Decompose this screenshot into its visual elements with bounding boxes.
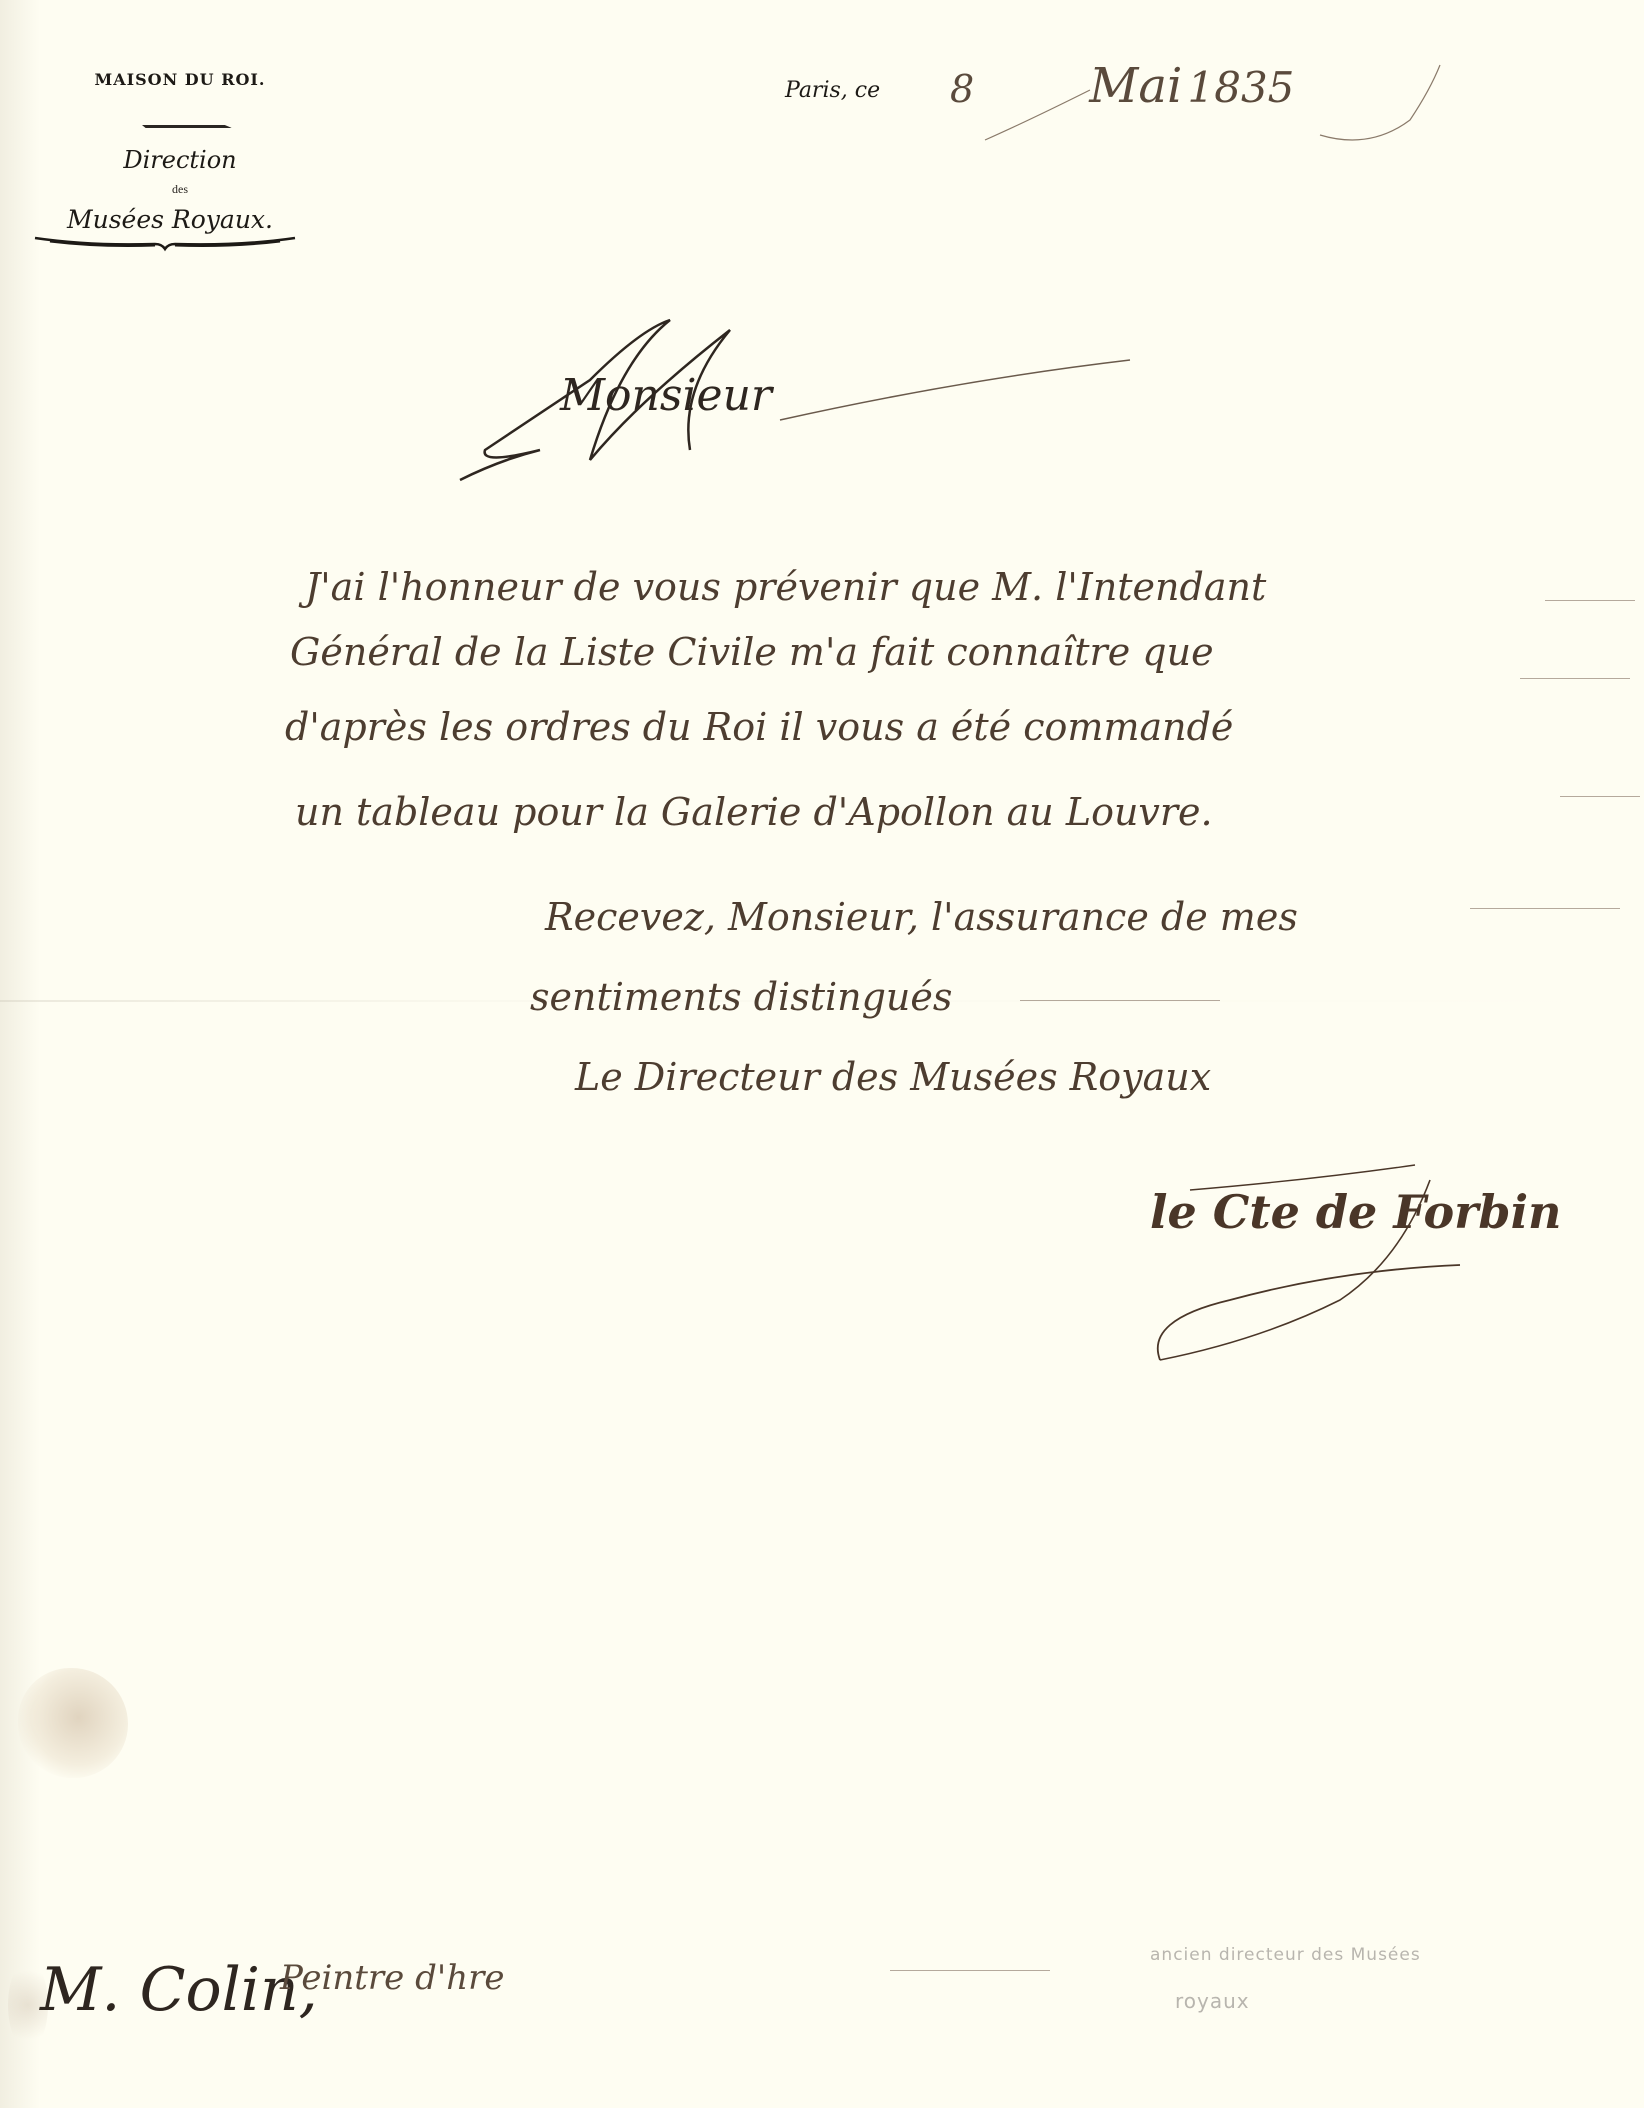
letterhead-house: MAISON DU ROI. <box>60 70 300 89</box>
letterhead-des: des <box>60 182 300 197</box>
foxing-stain <box>18 1668 128 1778</box>
pencil-annotation-line-1: ancien directeur des Musées <box>1150 1945 1421 1965</box>
closing-line-1-tail <box>1470 908 1620 909</box>
salutation-flourish <box>440 300 1160 500</box>
addressee-name: M. Colin, <box>40 1955 318 2025</box>
body-line-3: d'après les ordres du Roi il vous a été … <box>285 705 1233 749</box>
closing-line-2-tail <box>1020 1000 1220 1001</box>
pencil-annotation-line-2: royaux <box>1175 1978 1510 2024</box>
addressee-rule <box>890 1970 1050 1971</box>
letterhead-musees: Musées Royaux. <box>40 205 300 234</box>
signatory-title: Le Directeur des Musées Royaux <box>575 1055 1211 1099</box>
closing-line-1: Recevez, Monsieur, l'assurance de mes <box>545 895 1298 939</box>
letterhead: MAISON DU ROI. Direction des Musées Roya… <box>20 70 300 234</box>
body-line-4-tail <box>1560 796 1640 797</box>
date-flourish <box>900 50 1460 160</box>
letter-page: MAISON DU ROI. Direction des Musées Roya… <box>0 0 1644 2108</box>
letterhead-rule <box>142 125 232 128</box>
addressee-title: Peintre d'hre <box>280 1958 504 1998</box>
letterhead-direction: Direction <box>60 146 300 174</box>
pencil-annotation: ancien directeur des Musées royaux <box>1150 1932 1510 2024</box>
signature: le Cte de Forbin <box>1150 1185 1561 1239</box>
body-line-2-tail <box>1520 678 1630 679</box>
body-line-1-tail <box>1545 600 1635 601</box>
salutation: Monsieur <box>560 370 772 421</box>
body-line-2: Général de la Liste Civile m'a fait conn… <box>290 630 1214 674</box>
letterhead-ornament <box>30 232 300 252</box>
dateline-printed: Paris, ce <box>785 78 880 103</box>
body-line-1: J'ai l'honneur de vous prévenir que M. l… <box>305 565 1266 609</box>
body-line-4: un tableau pour la Galerie d'Apollon au … <box>295 790 1213 834</box>
paper-edge-shading <box>0 0 40 2108</box>
closing-line-2: sentiments distingués <box>530 975 952 1019</box>
